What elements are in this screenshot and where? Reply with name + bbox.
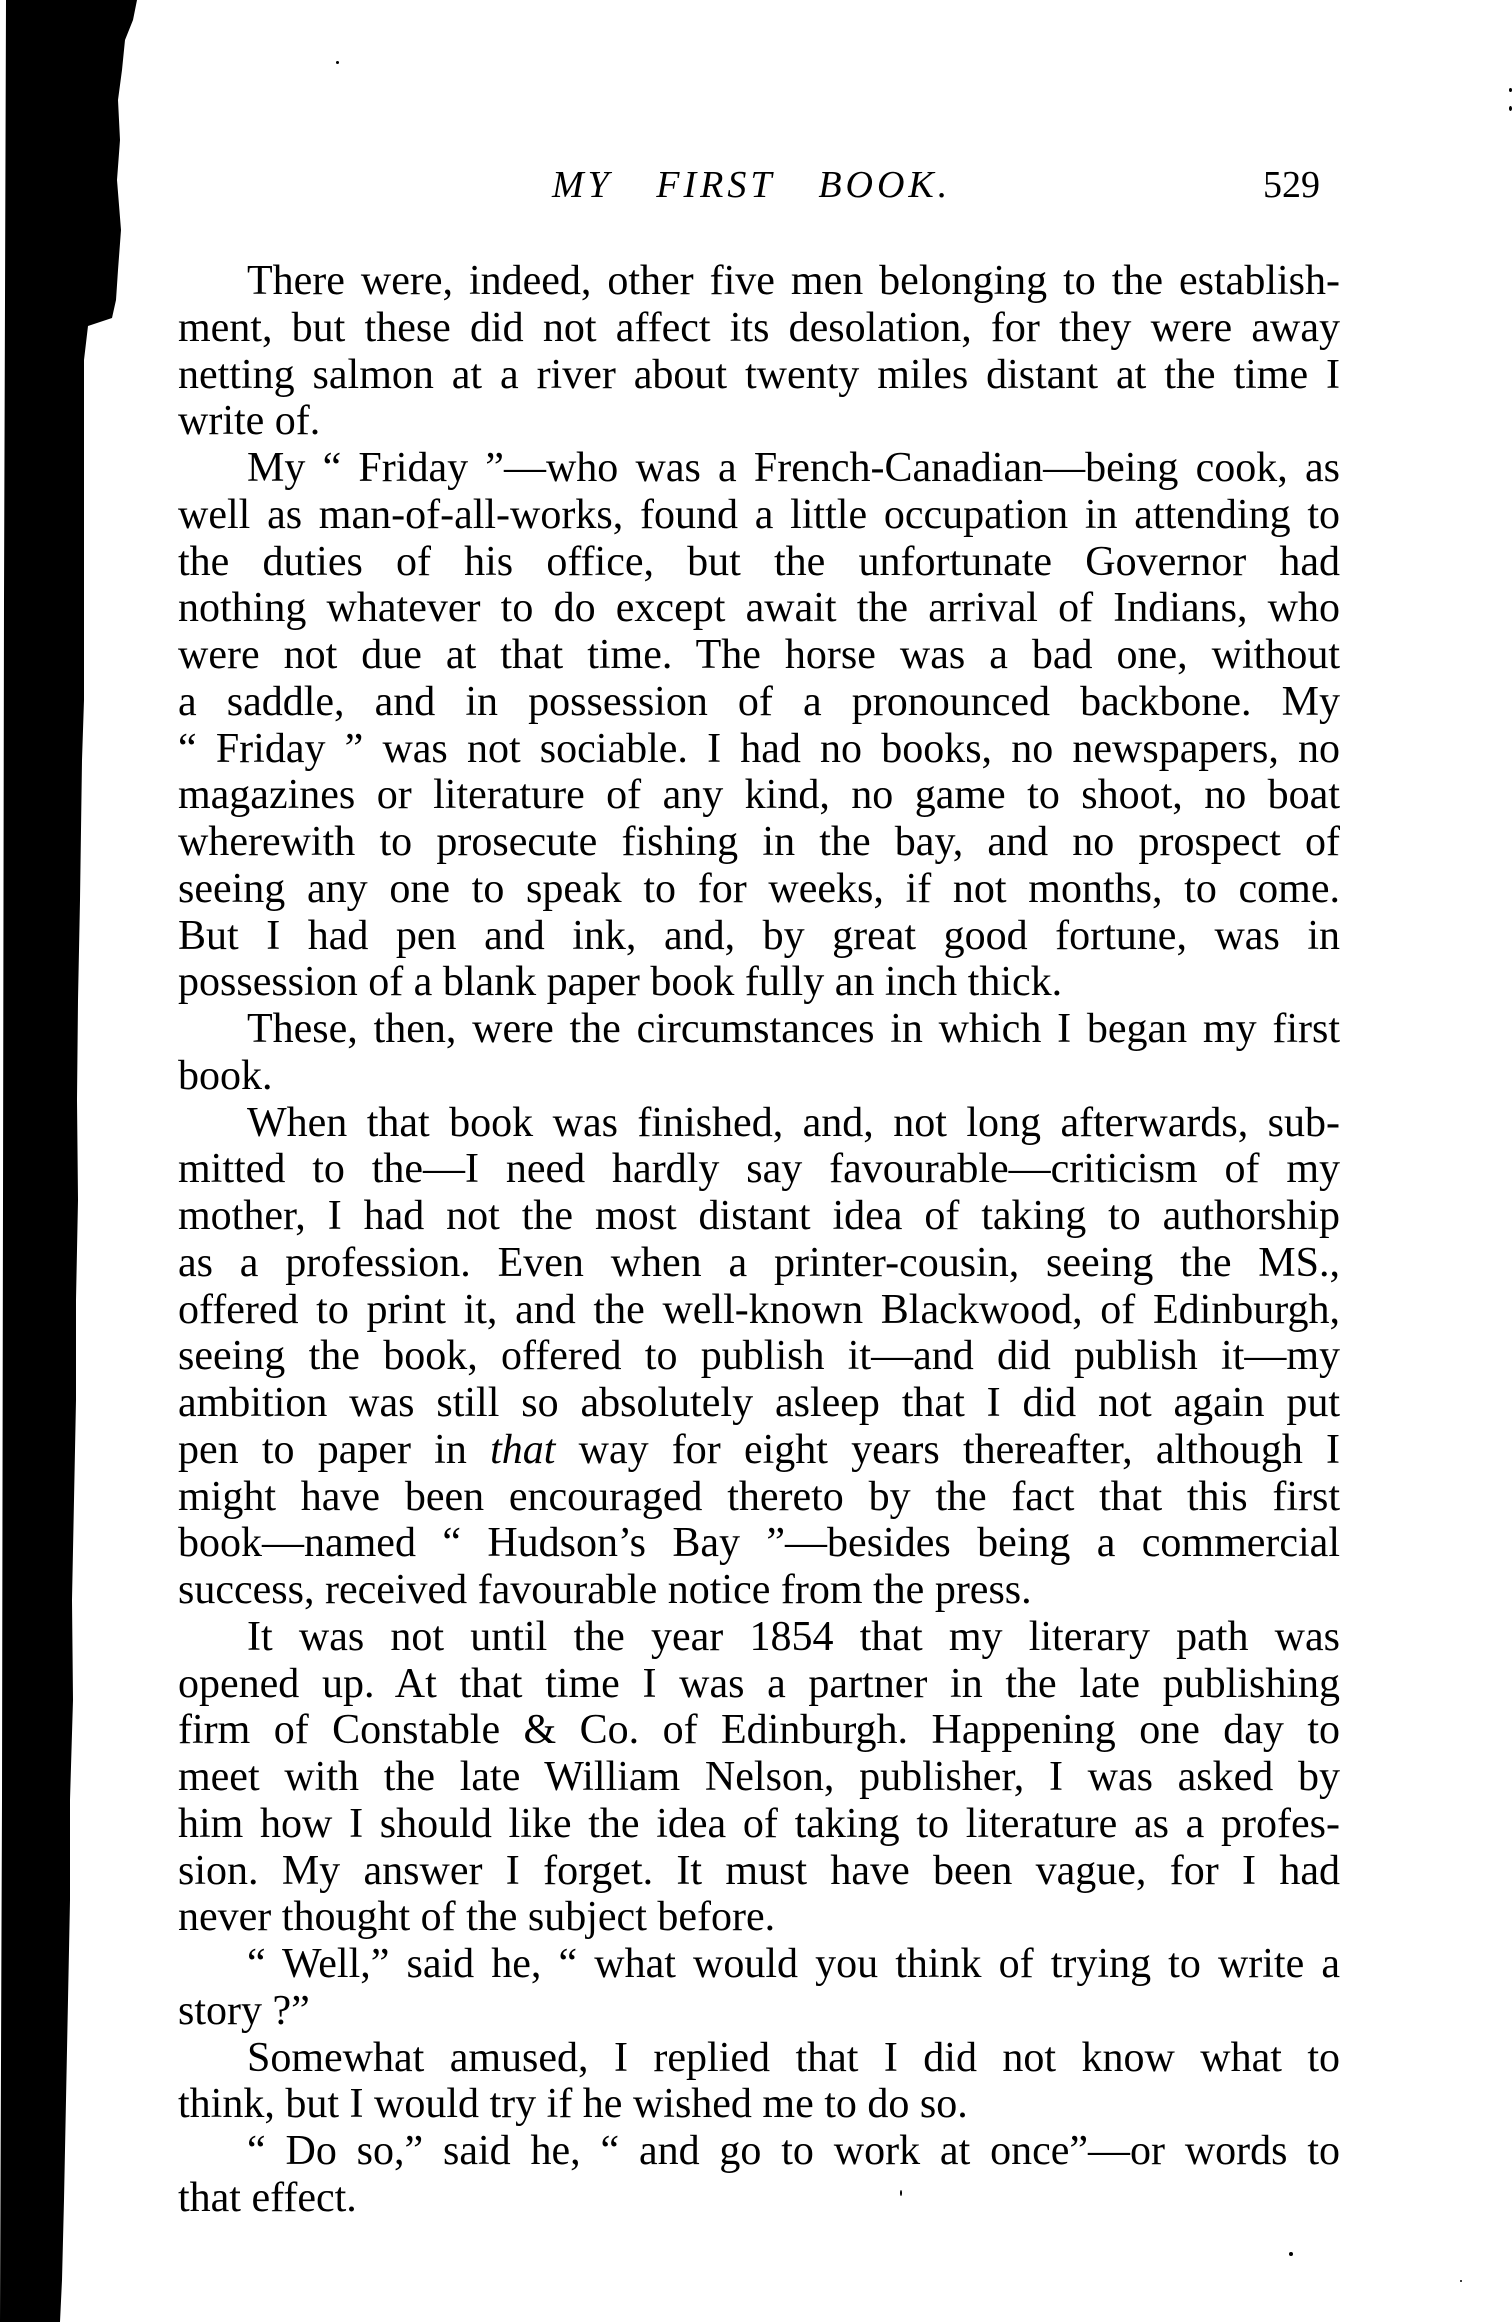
- running-title: MY FIRST BOOK.: [552, 160, 982, 210]
- text-line: pen to paper in that way for eight years…: [178, 1427, 1340, 1474]
- scanned-binding-shadow: [0, 0, 160, 2322]
- text-line: never thought of the subject before.: [178, 1894, 1340, 1941]
- italic-emphasis: that: [490, 1427, 555, 1473]
- scan-speck: [1289, 2252, 1293, 2256]
- text-line: opened up. At that time I was a partner …: [178, 1661, 1340, 1708]
- text-line: were not due at that time. The horse was…: [178, 632, 1340, 679]
- page-number: 529: [1263, 160, 1333, 210]
- text-line: might have been encouraged thereto by th…: [178, 1474, 1340, 1521]
- body-text: There were, indeed, other five men belon…: [178, 258, 1340, 2222]
- text-line: a saddle, and in possession of a pronoun…: [178, 679, 1340, 726]
- text-line: well as man-of-all-works, found a little…: [178, 492, 1340, 539]
- scan-speck: [1460, 2280, 1462, 2282]
- text-line: as a profession. Even when a printer-cou…: [178, 1240, 1340, 1287]
- text-line: seeing any one to speak to for weeks, if…: [178, 866, 1340, 913]
- book-page: MY FIRST BOOK. 529 There were, indeed, o…: [0, 0, 1512, 2322]
- text-line: wherewith to prosecute fishing in the ba…: [178, 819, 1340, 866]
- scan-speck: [336, 61, 339, 64]
- text-line: the duties of his office, but the unfort…: [178, 539, 1340, 586]
- text-line: “ Well,” said he, “ what would you think…: [178, 1941, 1340, 1988]
- text-line: possession of a blank paper book fully a…: [178, 959, 1340, 1006]
- text-line: write of.: [178, 398, 1340, 445]
- text-line: netting salmon at a river about twenty m…: [178, 352, 1340, 399]
- text-line: These, then, were the circumstances in w…: [178, 1006, 1340, 1053]
- text-line: that effect.: [178, 2175, 1340, 2222]
- text-line: ment, but these did not affect its desol…: [178, 305, 1340, 352]
- text-line: mother, I had not the most distant idea …: [178, 1193, 1340, 1240]
- text-line: story ?”: [178, 1988, 1340, 2035]
- text-line: “ Friday ” was not sociable. I had no bo…: [178, 726, 1340, 773]
- text-line: book.: [178, 1053, 1340, 1100]
- text-line: My “ Friday ”—who was a French-Canadian—…: [178, 445, 1340, 492]
- text-line: But I had pen and ink, and, by great goo…: [178, 913, 1340, 960]
- scan-speck: [900, 2190, 902, 2196]
- text-line: think, but I would try if he wished me t…: [178, 2081, 1340, 2128]
- text-line: It was not until the year 1854 that my l…: [178, 1614, 1340, 1661]
- text-line: Somewhat amused, I replied that I did no…: [178, 2035, 1340, 2082]
- text-line: him how I should like the idea of taking…: [178, 1801, 1340, 1848]
- text-line: success, received favourable notice from…: [178, 1567, 1340, 1614]
- text-line: offered to print it, and the well-known …: [178, 1287, 1340, 1334]
- text-line: magazines or literature of any kind, no …: [178, 772, 1340, 819]
- text-line: sion. My answer I forget. It must have b…: [178, 1848, 1340, 1895]
- text-line: There were, indeed, other five men belon…: [178, 258, 1340, 305]
- text-line: meet with the late William Nelson, publi…: [178, 1754, 1340, 1801]
- text-line: When that book was finished, and, not lo…: [178, 1100, 1340, 1147]
- text-line: “ Do so,” said he, “ and go to work at o…: [178, 2128, 1340, 2175]
- text-line: book—named “ Hudson’s Bay ”—besides bein…: [178, 1520, 1340, 1567]
- text-line: ambition was still so absolutely asleep …: [178, 1380, 1340, 1427]
- text-line: nothing whatever to do except await the …: [178, 585, 1340, 632]
- text-line: firm of Constable & Co. of Edinburgh. Ha…: [178, 1707, 1340, 1754]
- running-header: MY FIRST BOOK. 529: [178, 160, 1340, 210]
- text-line: seeing the book, offered to publish it—a…: [178, 1333, 1340, 1380]
- text-line: mitted to the—I need hardly say favourab…: [178, 1146, 1340, 1193]
